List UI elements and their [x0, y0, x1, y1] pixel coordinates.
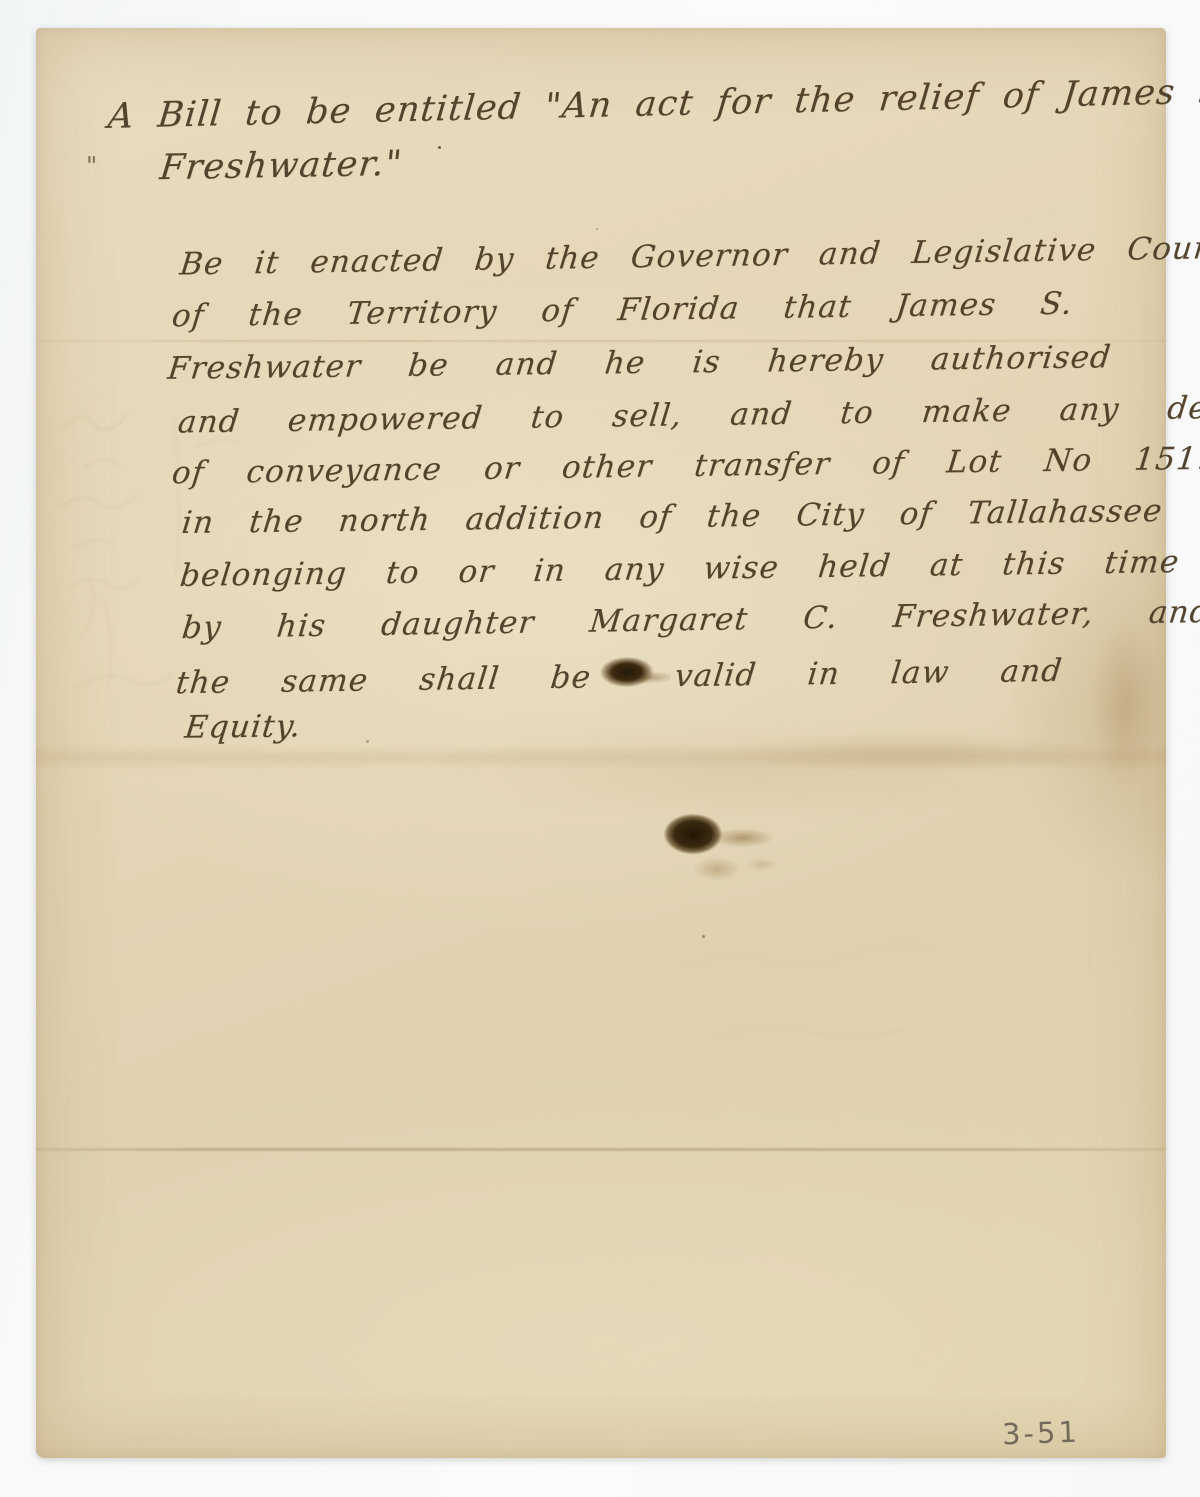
line-4-text: and empowered to sell, and to make any d… — [176, 389, 1200, 440]
manuscript-line: in the north addition of the City of Tal… — [182, 493, 1163, 541]
paper-speck — [366, 740, 369, 743]
line-8-text: by his daughter Margaret C. Freshwater, … — [180, 594, 1200, 646]
line-6-text: in the north addition of the City of Tal… — [180, 493, 1165, 541]
line-3-text: Freshwater be and he is hereby authorise… — [166, 339, 1113, 387]
line-7-text: belonging to or in any wise held at this… — [178, 544, 1181, 594]
manuscript-line: Be it enacted by the Governor and Legisl… — [180, 230, 1200, 283]
title-line: A Bill to be entitled "An act for the re… — [108, 71, 1200, 137]
manuscript-line-struck: the same shall bevalid in law and — [176, 649, 1063, 707]
manuscript-line-last: Equity. — [185, 708, 302, 745]
title-line-2: Freshwater." — [160, 144, 403, 188]
line-1-text: Be it enacted by the Governor and Legisl… — [178, 230, 1200, 283]
struck-line-after: valid in law and — [673, 652, 1064, 693]
title-line-2-text: Freshwater." — [158, 144, 405, 188]
line-10-text: Equity. — [183, 708, 304, 745]
struck-line-before: the same shall be — [174, 659, 593, 701]
manuscript-line: of conveyance or other transfer of Lot N… — [172, 441, 1200, 491]
ink-blot — [645, 798, 795, 893]
line-2-text: of the Territory of Florida that James S… — [170, 286, 1075, 335]
manuscript-line: of the Territory of Florida that James S… — [172, 286, 1073, 335]
manuscript-line: belonging to or in any wise held at this… — [180, 544, 1180, 594]
catalog-number: 3-51 — [1001, 1415, 1080, 1452]
strikeout-ink-blot — [595, 654, 672, 693]
title-line-1-text: A Bill to be entitled "An act for the re… — [106, 71, 1200, 137]
fold-crease-middle — [36, 744, 1166, 770]
line-5-text: of conveyance or other transfer of Lot N… — [170, 441, 1200, 492]
manuscript-line: and empowered to sell, and to make any d… — [178, 390, 1200, 441]
paper-speck — [596, 228, 598, 230]
margin-quote-mark: " — [86, 152, 98, 180]
paper-speck — [438, 146, 441, 149]
manuscript-line: by his daughter Margaret C. Freshwater, … — [182, 594, 1200, 646]
paper-speck — [702, 935, 705, 938]
bleed-through-marks-lower — [656, 908, 1076, 1168]
manuscript-page: A Bill to be entitled "An act for the re… — [36, 28, 1166, 1458]
manuscript-line: Freshwater be and he is hereby authorise… — [168, 339, 1112, 387]
fold-crease-lower — [36, 1148, 1166, 1151]
